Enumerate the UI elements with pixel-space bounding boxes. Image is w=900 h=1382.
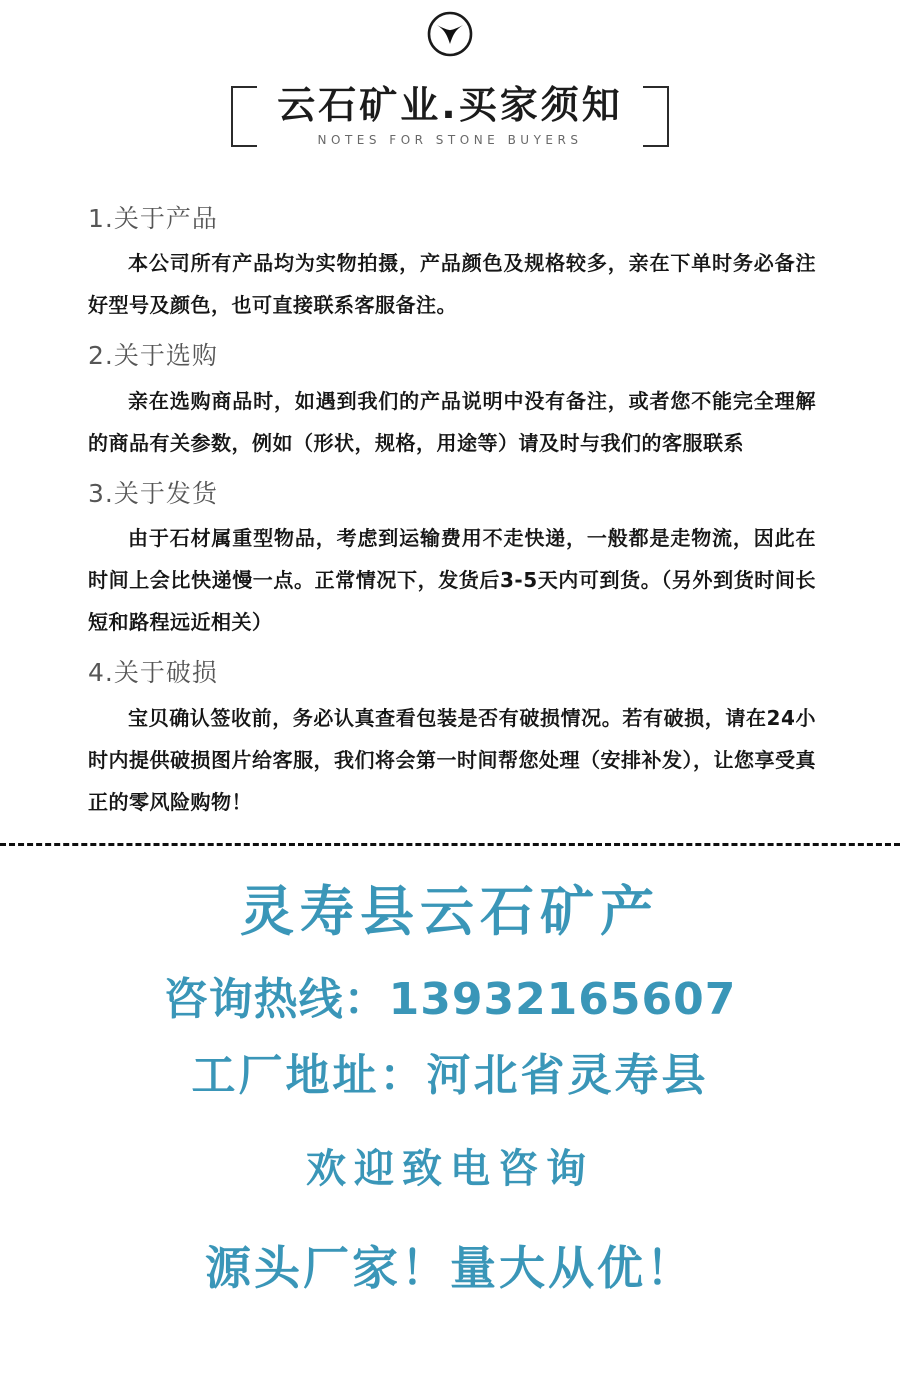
section-body: 宝贝确认签收前，务必认真查看包装是否有破损情况。若有破损，请在24小时内提供破损… <box>88 697 816 823</box>
contact-block: 灵寿县云石矿产 咨询热线：13932165607 工厂地址：河北省灵寿县 欢迎致… <box>0 880 900 1293</box>
section-damage: 4.关于破损 宝贝确认签收前，务必认真查看包装是否有破损情况。若有破损，请在24… <box>88 659 816 823</box>
section-purchasing: 2.关于选购 亲在选购商品时，如遇到我们的产品说明中没有备注，或者您不能完全理解… <box>88 342 816 464</box>
title-center: 云石矿业.买家须知 NOTES FOR STONE BUYERS <box>273 84 626 147</box>
section-heading: 4.关于破损 <box>88 659 816 687</box>
title-bracket-left-icon <box>231 86 257 147</box>
buyer-notes-page: 云石矿业.买家须知 NOTES FOR STONE BUYERS 1.关于产品 … <box>0 0 900 1382</box>
section-body: 亲在选购商品时，如遇到我们的产品说明中没有备注，或者您不能完全理解的商品有关参数… <box>88 380 816 464</box>
chevron-down-circle-icon <box>426 10 474 58</box>
section-products: 1.关于产品 本公司所有产品均为实物拍摄，产品颜色及规格较多，亲在下单时务必备注… <box>88 205 816 327</box>
slogan-line: 源头厂家！量大从优！ <box>0 1243 900 1294</box>
welcome-line: 欢迎致电咨询 <box>0 1147 900 1191</box>
page-title: 云石矿业.买家须知 <box>277 84 622 128</box>
title-block: 云石矿业.买家须知 NOTES FOR STONE BUYERS <box>0 84 900 147</box>
factory-address: 工厂地址：河北省灵寿县 <box>0 1052 900 1100</box>
section-shipping: 3.关于发货 由于石材属重型物品，考虑到运输费用不走快递，一般都是走物流，因此在… <box>88 480 816 644</box>
title-bracket-right-icon <box>643 86 669 147</box>
dashed-divider <box>0 843 900 846</box>
section-heading: 3.关于发货 <box>88 480 816 508</box>
hotline-number: 咨询热线：13932165607 <box>0 976 900 1024</box>
section-body: 本公司所有产品均为实物拍摄，产品颜色及规格较多，亲在下单时务必备注好型号及颜色，… <box>88 242 816 326</box>
section-body: 由于石材属重型物品，考虑到运输费用不走快递，一般都是走物流，因此在时间上会比快递… <box>88 517 816 643</box>
page-subtitle: NOTES FOR STONE BUYERS <box>277 133 622 147</box>
notice-sections: 1.关于产品 本公司所有产品均为实物拍摄，产品颜色及规格较多，亲在下单时务必备注… <box>88 205 816 823</box>
company-name: 灵寿县云石矿产 <box>0 880 900 942</box>
section-heading: 2.关于选购 <box>88 342 816 370</box>
top-icon-wrap <box>0 0 900 58</box>
section-heading: 1.关于产品 <box>88 205 816 233</box>
